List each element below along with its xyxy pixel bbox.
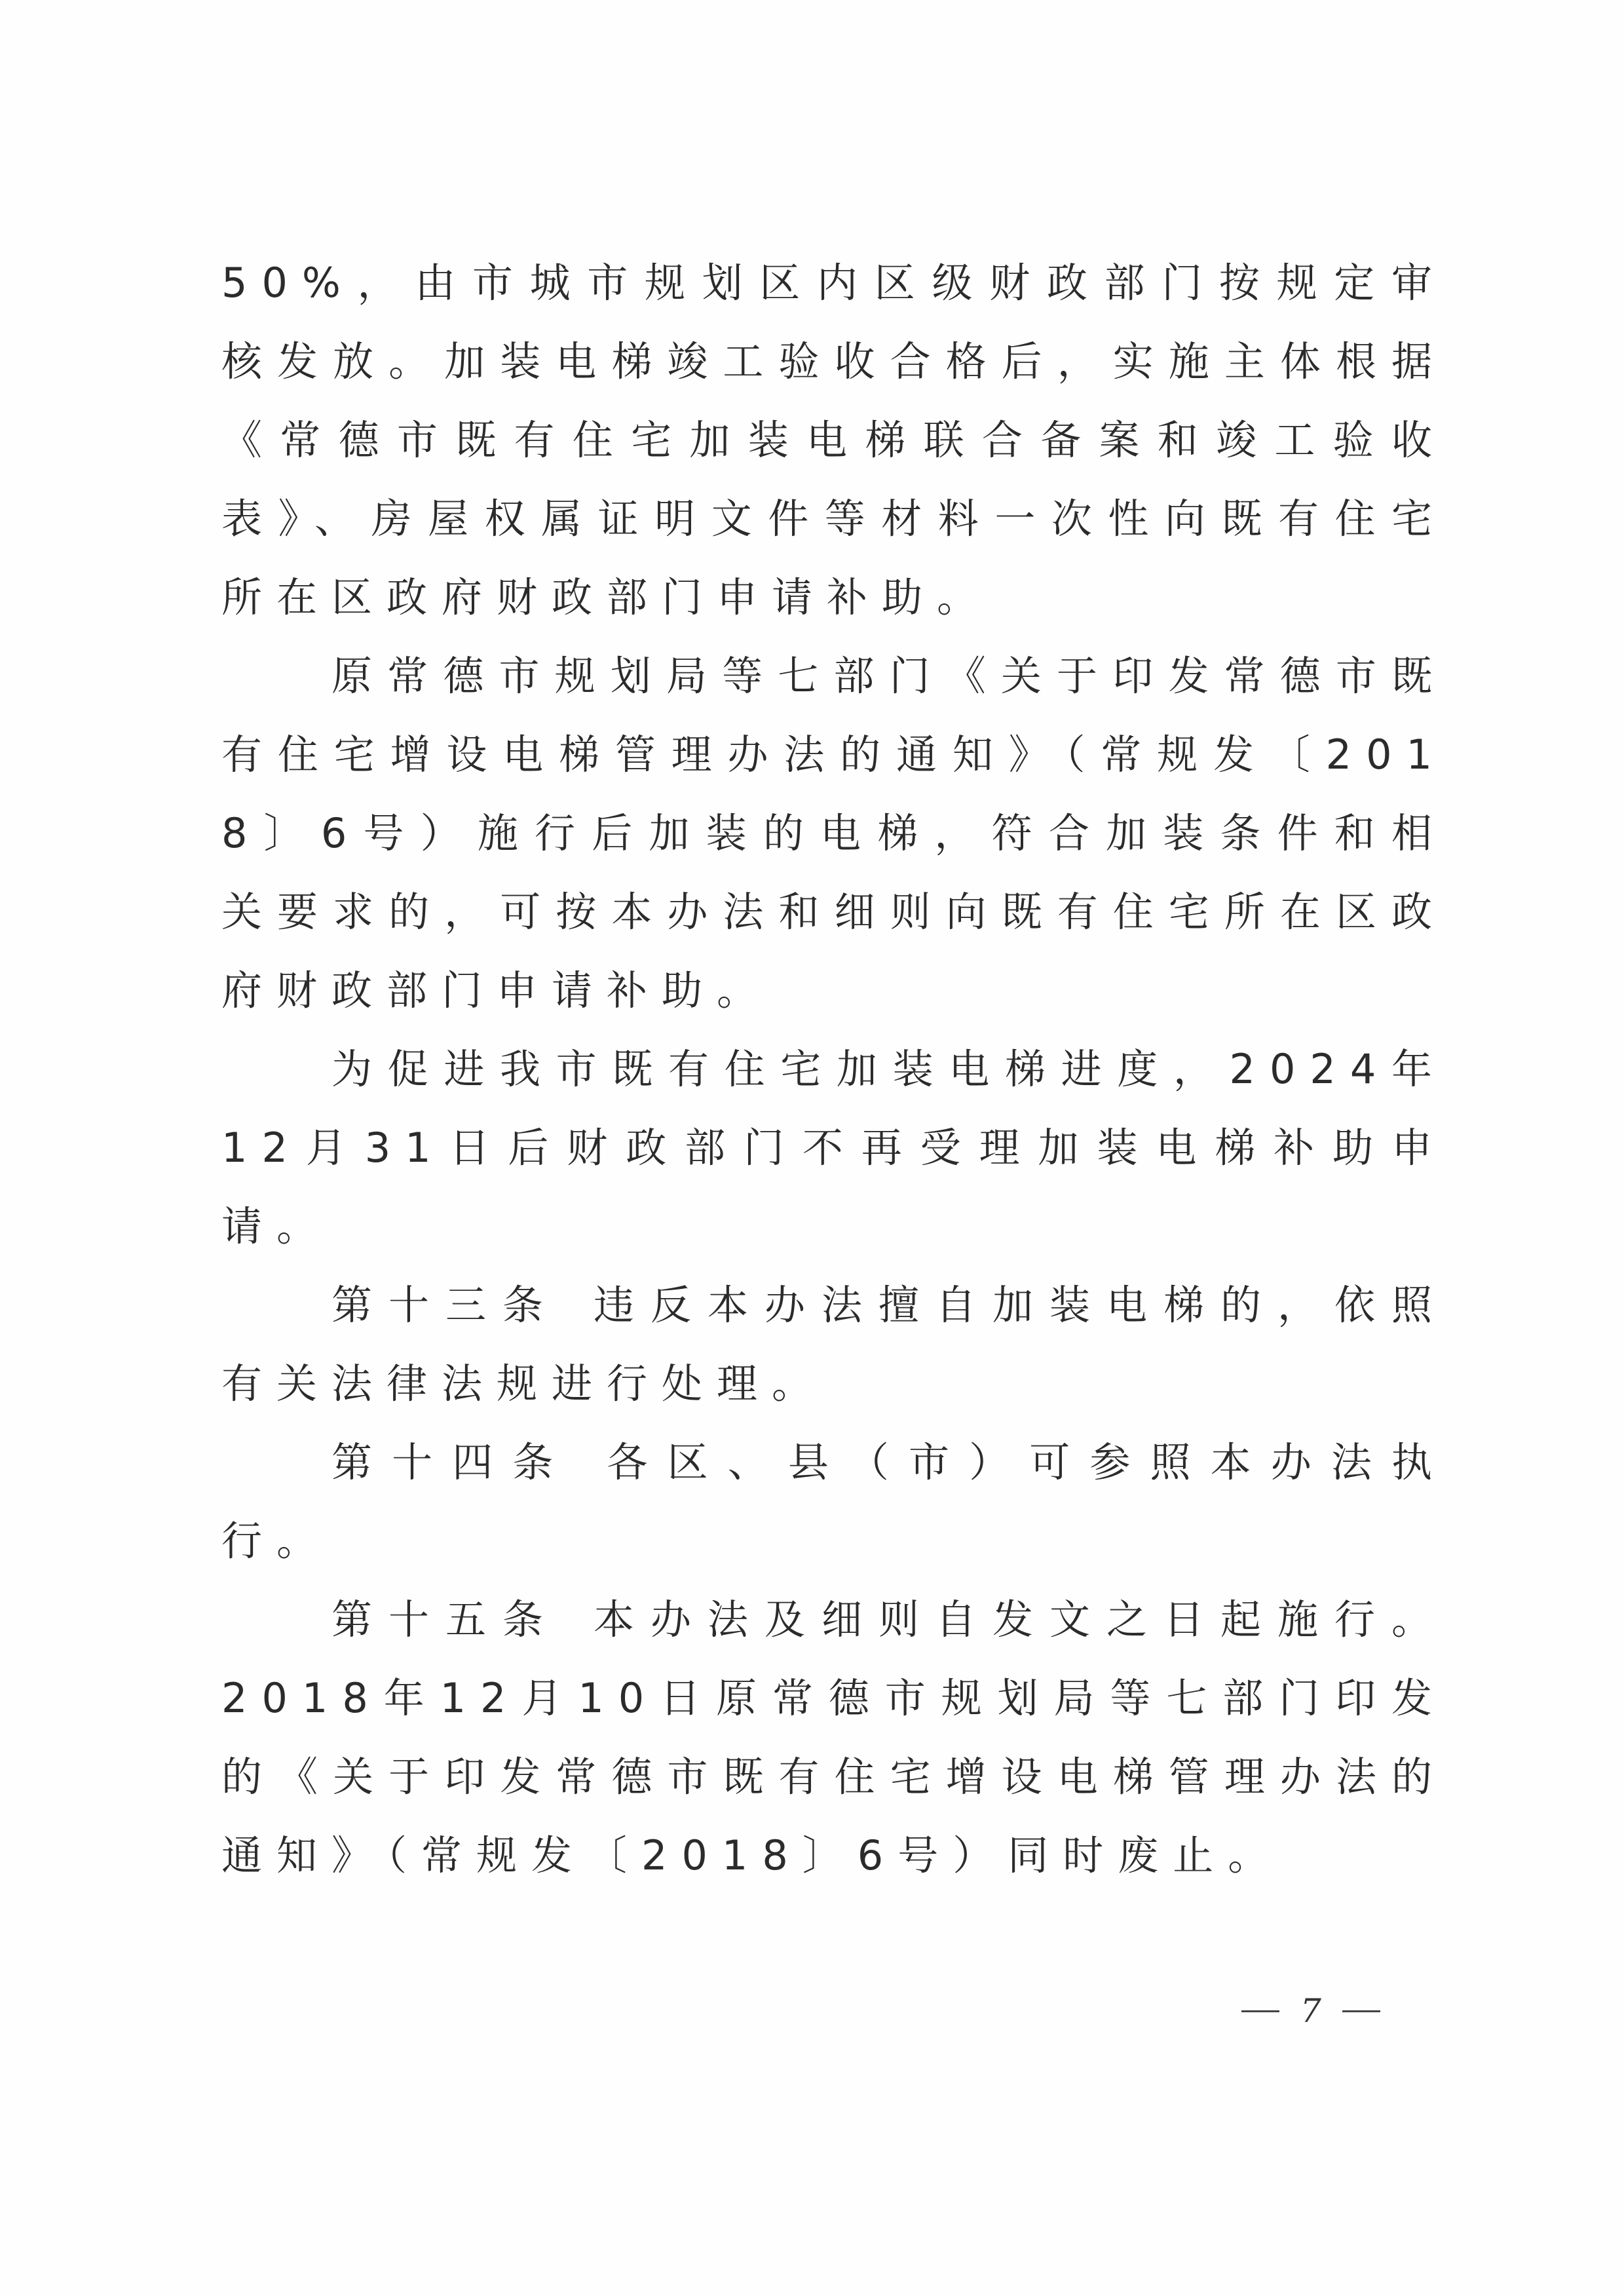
article-15-number: 第十五条 bbox=[331, 1596, 559, 1643]
page-number-dash-left bbox=[1241, 2010, 1279, 2012]
paragraph-prior-installations: 原常德市规划局等七部门《关于印发常德市既有住宅增设电梯管理办法的通知》（常规发〔… bbox=[221, 637, 1446, 1030]
article-13: 第十三条违反本办法擅自加装电梯的，依照有关法律法规进行处理。 bbox=[221, 1266, 1446, 1423]
page-number-value: 7 bbox=[1300, 1992, 1321, 2030]
page-number: 7 bbox=[1241, 1992, 1380, 2030]
article-14: 第十四条各区、县（市）可参照本办法执行。 bbox=[221, 1423, 1446, 1580]
document-body: 50%，由市城市规划区内区级财政部门按规定审核发放。加装电梯竣工验收合格后，实施… bbox=[221, 244, 1446, 1895]
article-14-number: 第十四条 bbox=[331, 1438, 573, 1486]
article-15: 第十五条本办法及细则自发文之日起施行。2018年12月10日原常德市规划局等七部… bbox=[221, 1580, 1446, 1895]
page-number-dash-right bbox=[1342, 2010, 1380, 2012]
paragraph-application-deadline: 为促进我市既有住宅加装电梯进度，2024年12月31日后财政部门不再受理加装电梯… bbox=[221, 1030, 1446, 1266]
paragraph-subsidy-disbursement: 50%，由市城市规划区内区级财政部门按规定审核发放。加装电梯竣工验收合格后，实施… bbox=[221, 244, 1446, 637]
article-13-number: 第十三条 bbox=[331, 1281, 559, 1329]
